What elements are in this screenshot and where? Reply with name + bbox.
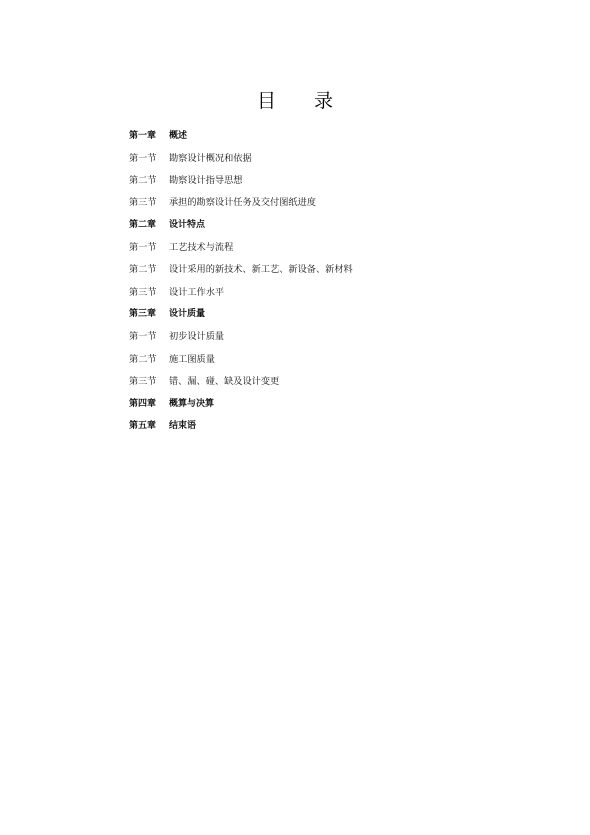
toc-section-1-3[interactable]: 第三节 承担的勘察设计任务及交付图纸进度 bbox=[129, 190, 489, 212]
toc-entry-text: 承担的勘察设计任务及交付图纸进度 bbox=[169, 194, 316, 208]
toc-entry-text: 错、漏、碰、缺及设计变更 bbox=[169, 373, 279, 387]
toc-entry-label: 第五章 bbox=[129, 418, 169, 431]
toc-entry-label: 第三节 bbox=[129, 194, 169, 208]
toc-entry-label: 第三章 bbox=[129, 306, 169, 319]
toc-entry-label: 第三节 bbox=[129, 284, 169, 298]
toc-section-2-2[interactable]: 第二节 设计采用的新技术、新工艺、新设备、新材料 bbox=[129, 257, 489, 279]
toc-title-char-1: 目 bbox=[257, 86, 276, 113]
toc-entry-text: 初步设计质量 bbox=[169, 328, 224, 342]
toc-section-1-1[interactable]: 第一节 勘察设计概况和依据 bbox=[129, 145, 489, 167]
toc-entry-text: 设计采用的新技术、新工艺、新设备、新材料 bbox=[169, 261, 353, 275]
document-page: 目录 第一章 概述 第一节 勘察设计概况和依据 第二节 勘察设计指导思想 第三节… bbox=[0, 0, 590, 835]
toc-entry-label: 第二章 bbox=[129, 217, 169, 230]
toc-entry-text: 设计特点 bbox=[169, 217, 205, 230]
toc-section-3-2[interactable]: 第二节 施工图质量 bbox=[129, 346, 489, 368]
toc-entry-text: 勘察设计概况和依据 bbox=[169, 150, 252, 164]
toc-section-1-2[interactable]: 第二节 勘察设计指导思想 bbox=[129, 168, 489, 190]
toc-entry-label: 第一节 bbox=[129, 239, 169, 253]
toc-entry-text: 勘察设计指导思想 bbox=[169, 172, 243, 186]
toc-title-char-2: 录 bbox=[314, 86, 333, 113]
toc-entry-label: 第二节 bbox=[129, 351, 169, 365]
toc-chapter-1[interactable]: 第一章 概述 bbox=[129, 123, 489, 145]
toc-entry-label: 第一章 bbox=[129, 128, 169, 141]
toc-entry-label: 第二节 bbox=[129, 172, 169, 186]
toc-entry-label: 第一节 bbox=[129, 328, 169, 342]
table-of-contents: 第一章 概述 第一节 勘察设计概况和依据 第二节 勘察设计指导思想 第三节 承担… bbox=[129, 123, 489, 436]
toc-entry-label: 第二节 bbox=[129, 261, 169, 275]
toc-chapter-2[interactable]: 第二章 设计特点 bbox=[129, 212, 489, 234]
toc-entry-text: 结束语 bbox=[169, 418, 196, 431]
toc-entry-text: 概算与决算 bbox=[169, 396, 214, 409]
toc-title: 目录 bbox=[0, 86, 590, 113]
toc-entry-text: 设计质量 bbox=[169, 306, 205, 319]
toc-entry-label: 第四章 bbox=[129, 396, 169, 409]
toc-section-2-3[interactable]: 第三节 设计工作水平 bbox=[129, 279, 489, 301]
toc-entry-text: 工艺技术与流程 bbox=[169, 239, 233, 253]
toc-entry-label: 第三节 bbox=[129, 373, 169, 387]
toc-section-2-1[interactable]: 第一节 工艺技术与流程 bbox=[129, 235, 489, 257]
toc-entry-text: 施工图质量 bbox=[169, 351, 215, 365]
toc-section-3-3[interactable]: 第三节 错、漏、碰、缺及设计变更 bbox=[129, 369, 489, 391]
toc-chapter-5[interactable]: 第五章 结束语 bbox=[129, 413, 489, 435]
toc-entry-text: 概述 bbox=[169, 128, 187, 141]
toc-entry-label: 第一节 bbox=[129, 150, 169, 164]
toc-chapter-3[interactable]: 第三章 设计质量 bbox=[129, 302, 489, 324]
toc-chapter-4[interactable]: 第四章 概算与决算 bbox=[129, 391, 489, 413]
toc-entry-text: 设计工作水平 bbox=[169, 284, 224, 298]
toc-section-3-1[interactable]: 第一节 初步设计质量 bbox=[129, 324, 489, 346]
